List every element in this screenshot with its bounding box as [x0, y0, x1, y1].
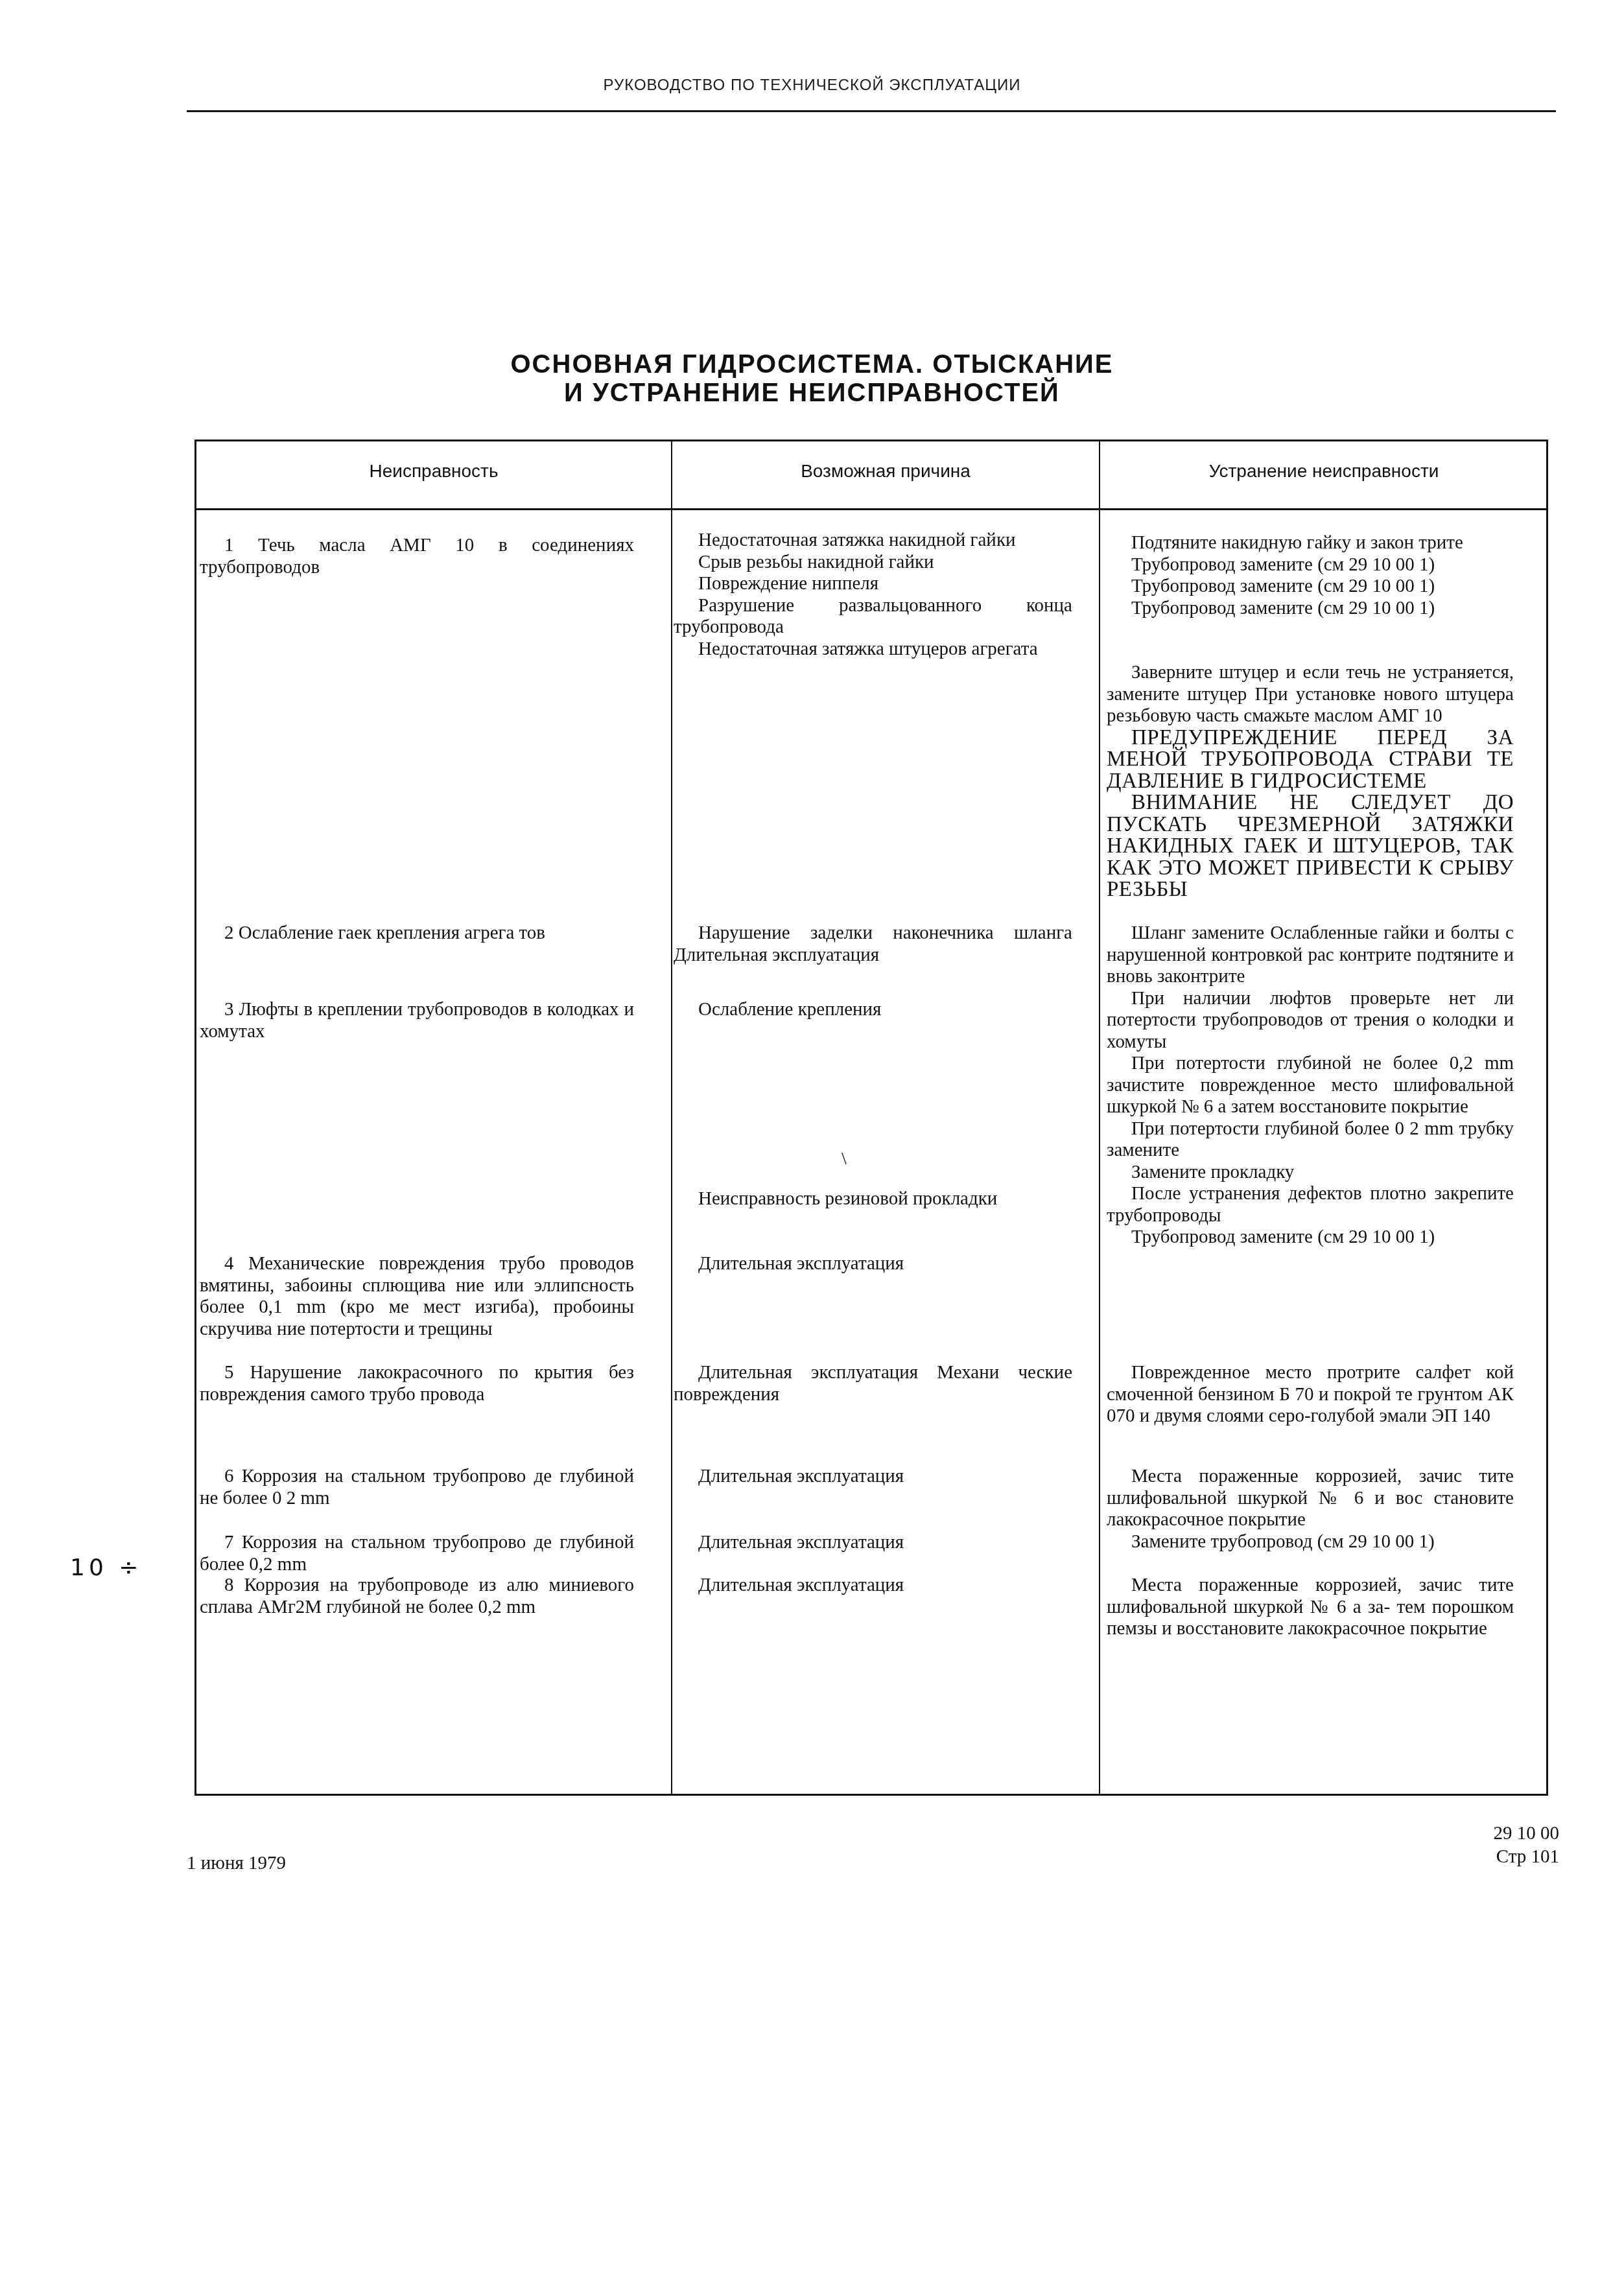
cause-cell: Ослабление крепления [674, 999, 1072, 1021]
cause-cell: Недостаточная затяжка накидной гайки Сры… [674, 530, 1072, 660]
remedy-cell: Места пораженные коррозией, зачис тите ш… [1107, 1466, 1514, 1553]
remedy-cell: Подтяните накидную гайку и закон трите Т… [1107, 532, 1514, 619]
footer-page-info: 29 10 00 Стр 101 [1494, 1822, 1560, 1868]
remedy-cell: Заверните штуцер и если течь не устраняе… [1107, 662, 1514, 901]
fault-cell: 4 Механические повреждения трубо проводо… [200, 1253, 634, 1340]
header-rule [187, 110, 1556, 112]
document-code: 29 10 00 [1494, 1822, 1560, 1845]
title-line-2: И УСТРАНЕНИЕ НЕИСПРАВНОСТЕЙ [0, 379, 1624, 407]
cause-cell: Длительная эксплуатация [674, 1575, 1072, 1597]
page-number: Стр 101 [1494, 1845, 1560, 1868]
fault-cell: 6 Коррозия на стальном трубопрово де глу… [200, 1466, 634, 1509]
running-head: РУКОВОДСТВО ПО ТЕХНИЧЕСКОЙ ЭКСПЛУАТАЦИИ [0, 76, 1624, 95]
header-divider [196, 508, 1546, 510]
cause-cell: Неисправность резиновой прокладки [674, 1188, 1095, 1210]
column-header-remedy: Устранение неисправности [1100, 461, 1548, 482]
remedy-cell: Шланг замените Ослабленные гайки и болты… [1107, 922, 1514, 1249]
footer-date: 1 июня 1979 [187, 1853, 286, 1874]
margin-handwritten-note: 10 ÷ [70, 1555, 142, 1581]
fault-cell: 8 Коррозия на трубопроводе из алю миниев… [200, 1575, 634, 1618]
fault-cell: 5 Нарушение лакокрасочного по крытия без… [200, 1362, 634, 1405]
cause-cell: Длительная эксплуатация Механи ческие по… [674, 1362, 1072, 1405]
remedy-cell: Места пораженные коррозией, зачис тите ш… [1107, 1575, 1514, 1640]
warning-text: ПРЕДУПРЕЖДЕНИЕ ПЕРЕД ЗА МЕНОЙ ТРУБОПРОВО… [1107, 727, 1514, 793]
column-divider [1099, 441, 1100, 1794]
remedy-cell: Поврежденное место протрите салфет кой с… [1107, 1362, 1514, 1427]
cause-cell: Нарушение заделки наконечника шланга Дли… [674, 922, 1072, 966]
title-line-1: ОСНОВНАЯ ГИДРОСИСТЕМА. ОТЫСКАНИЕ [0, 350, 1624, 379]
fault-cell: 2 Ослабление гаек крепления агрега тов [200, 922, 634, 945]
fault-cell: 1 Течь масла АМГ 10 в соединениях трубоп… [200, 535, 634, 578]
troubleshooting-table: Неисправность Возможная причина Устранен… [194, 440, 1548, 1796]
caution-text: ВНИМАНИЕ НЕ СЛЕДУЕТ ДО ПУСКАТЬ ЧРЕЗМЕРНО… [1107, 792, 1514, 901]
column-divider [671, 441, 672, 1794]
cause-cell: Длительная эксплуатация [674, 1253, 1072, 1275]
column-header-cause: Возможная причина [672, 461, 1099, 482]
fault-cell: 7 Коррозия на стальном трубопрово де глу… [200, 1532, 634, 1575]
fault-cell: 3 Люфты в креплении трубопроводов в коло… [200, 999, 634, 1042]
cause-cell: Длительная эксплуатация [674, 1466, 1072, 1488]
page-title: ОСНОВНАЯ ГИДРОСИСТЕМА. ОТЫСКАНИЕ И УСТРА… [0, 350, 1624, 407]
column-header-fault: Неисправность [196, 461, 671, 482]
cause-cell: Длительная эксплуатация [674, 1532, 1072, 1554]
stray-mark: \ [841, 1149, 847, 1169]
